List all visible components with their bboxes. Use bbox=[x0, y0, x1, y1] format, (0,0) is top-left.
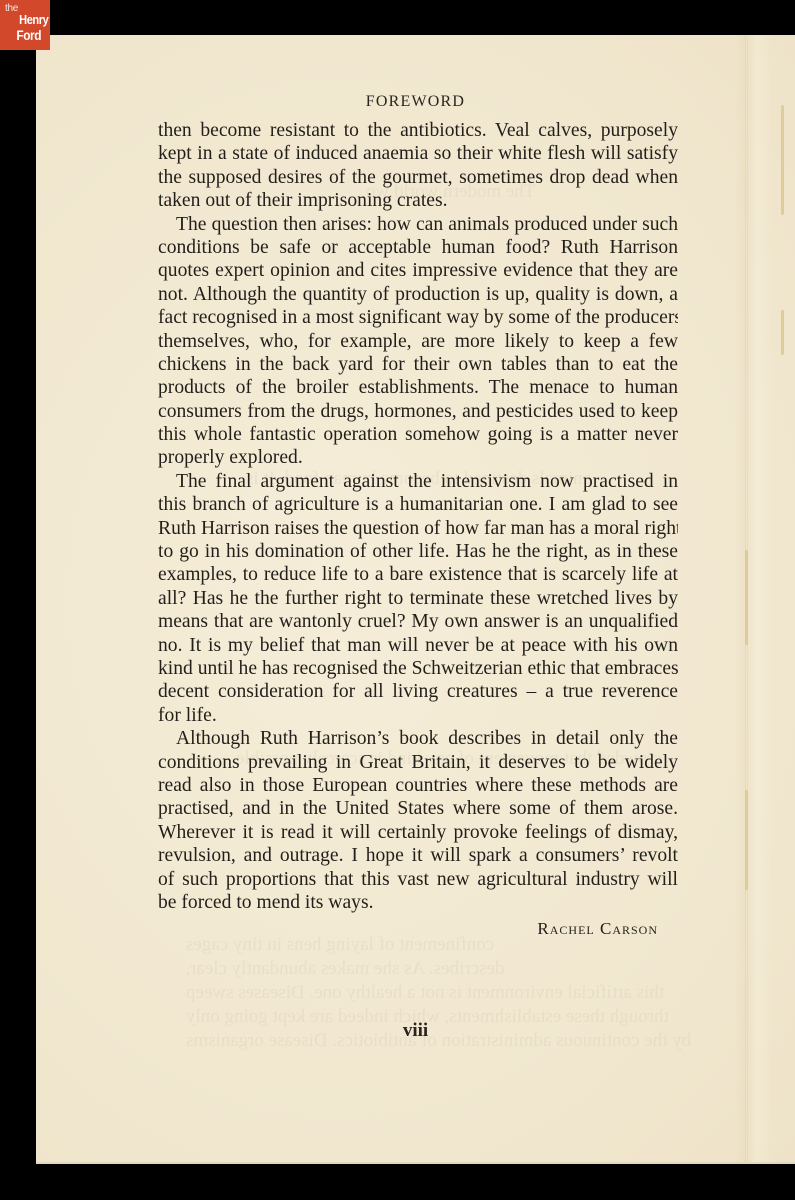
text-line: Although Ruth Harrison’s book describes … bbox=[158, 727, 678, 750]
text-line: quotes expert opinion and cites impressi… bbox=[158, 259, 678, 282]
text-line: Ruth Harrison raises the question of how… bbox=[158, 517, 678, 540]
text-line: Wherever it is read it will certainly pr… bbox=[158, 821, 678, 844]
text-line: revulsion, and outrage. I hope it will s… bbox=[158, 844, 678, 867]
text-line: this branch of agriculture is a humanita… bbox=[158, 493, 678, 516]
text-line: practised, and in the United States wher… bbox=[158, 797, 678, 820]
text-line: read also in those European countries wh… bbox=[158, 774, 678, 797]
text-line: examples, to reduce life to a bare exist… bbox=[158, 563, 678, 586]
text-line: the supposed desires of the gourmet, som… bbox=[158, 166, 678, 189]
page-crease-mark bbox=[781, 310, 784, 355]
text-line: themselves, who, for example, are more l… bbox=[158, 330, 678, 353]
text-line: all? Has he the further right to termina… bbox=[158, 587, 678, 610]
text-line: no. It is my belief that man will never … bbox=[158, 634, 678, 657]
author-signature: Rachel Carson bbox=[537, 919, 658, 939]
running-head: FOREWORD bbox=[36, 93, 795, 111]
logo-the-text: the bbox=[5, 3, 18, 14]
text-line: this whole fantastic operation somehow g… bbox=[158, 423, 678, 446]
text-line: kept in a state of induced anaemia so th… bbox=[158, 142, 678, 165]
show-through-text: this artificial environment is not a hea… bbox=[186, 981, 664, 1004]
page-crease-mark bbox=[781, 105, 784, 215]
show-through-text: describes. As she makes abundantly clear… bbox=[186, 957, 504, 980]
henry-ford-logo: the Henry Ford bbox=[0, 0, 50, 50]
text-line: conditions be safe or acceptable human f… bbox=[158, 236, 678, 259]
foreword-body: then become resistant to the antibiotics… bbox=[158, 119, 678, 914]
page-number: viii bbox=[36, 1020, 795, 1042]
text-line: decent consideration for all living crea… bbox=[158, 680, 678, 703]
text-line: for life. bbox=[158, 704, 678, 727]
text-line: consumers from the drugs, hormones, and … bbox=[158, 400, 678, 423]
text-line: means that are wantonly cruel? My own an… bbox=[158, 610, 678, 633]
page-crease-mark bbox=[745, 790, 748, 890]
text-line: to go in his domination of other life. H… bbox=[158, 540, 678, 563]
text-line: not. Although the quantity of production… bbox=[158, 283, 678, 306]
text-line: of such proportions that this vast new a… bbox=[158, 868, 678, 891]
text-line: taken out of their imprisoning crates. bbox=[158, 189, 678, 212]
text-line: The question then arises: how can animal… bbox=[158, 213, 678, 236]
logo-henry-text: Henry bbox=[19, 12, 48, 27]
text-line: The final argument against the intensivi… bbox=[158, 470, 678, 493]
text-line: conditions prevailing in Great Britain, … bbox=[158, 751, 678, 774]
book-page: The modern world wo animals destined to … bbox=[36, 35, 795, 1164]
page-crease-mark bbox=[745, 550, 748, 645]
show-through-text: confinement of laying hens in tiny cages bbox=[186, 933, 494, 956]
document-viewer: the Henry Ford The modern world wo anima… bbox=[0, 0, 795, 1200]
text-line: products of the broiler establishments. … bbox=[158, 376, 678, 399]
text-line: fact recognised in a most significant wa… bbox=[158, 306, 678, 329]
text-line: be forced to mend its ways. bbox=[158, 891, 678, 914]
text-line: properly explored. bbox=[158, 446, 678, 469]
text-line: chickens in the back yard for their own … bbox=[158, 353, 678, 376]
text-line: then become resistant to the antibiotics… bbox=[158, 119, 678, 142]
text-line: kind until he has recognised the Schweit… bbox=[158, 657, 678, 680]
logo-ford-text: Ford bbox=[16, 27, 41, 43]
